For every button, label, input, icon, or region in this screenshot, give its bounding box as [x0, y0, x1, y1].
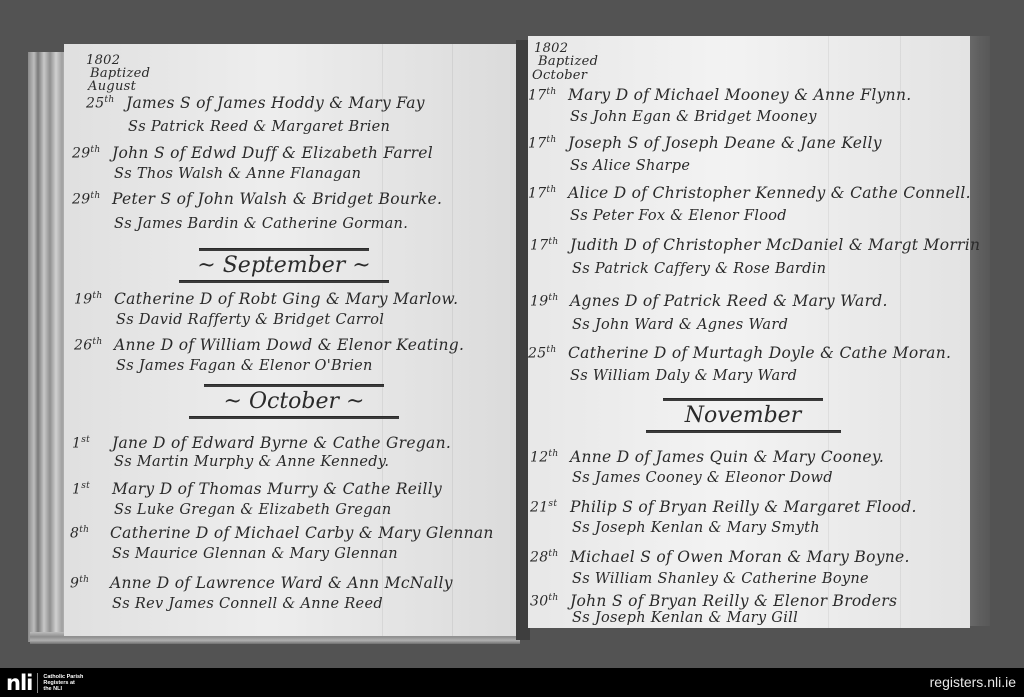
entry-sponsors: Ss Luke Gregan & Elizabeth Gregan — [72, 502, 391, 518]
nli-logo-mark: nli — [6, 672, 32, 694]
book-page-edges-right — [968, 36, 990, 626]
entry-child: 21stPhilip S of Bryan Reilly & Margaret … — [530, 498, 917, 516]
nli-logo[interactable]: nli Catholic Parish Registers at the NLI — [6, 672, 83, 694]
registers-site-link[interactable]: registers.nli.ie — [930, 674, 1016, 690]
entry-sponsors: Ss James Fagan & Elenor O'Brien — [74, 358, 373, 374]
entry-child: 29thPeter S of John Walsh & Bridget Bour… — [72, 190, 442, 208]
entry-sponsors: Ss John Egan & Bridget Mooney — [528, 109, 817, 125]
entry-sponsors: Ss William Shanley & Catherine Boyne — [530, 571, 869, 587]
page-month: August — [88, 80, 136, 93]
entry-child: 26thAnne D of William Dowd & Elenor Keat… — [74, 336, 464, 354]
entry-sponsors: Ss Patrick Caffery & Rose Bardin — [530, 261, 826, 277]
entry-sponsors: Ss Rev James Connell & Anne Reed — [70, 596, 383, 612]
entry-child: 12thAnne D of James Quin & Mary Cooney. — [530, 448, 884, 466]
logo-divider — [37, 673, 38, 693]
month-heading-september: ~ September ~ — [174, 248, 394, 283]
entry-child: 19thAgnes D of Patrick Reed & Mary Ward. — [530, 292, 888, 310]
entry-child: 30thJohn S of Bryan Reilly & Elenor Brod… — [530, 592, 897, 610]
entry-child: 17thAlice D of Christopher Kennedy & Cat… — [528, 184, 971, 202]
register-image-viewer[interactable]: 1802 Baptized August 25thJames S of Jame… — [0, 0, 1024, 668]
page-label: Baptized — [538, 55, 598, 68]
entry-sponsors: Ss Alice Sharpe — [528, 158, 690, 174]
entry-sponsors: Ss Joseph Kenlan & Mary Smyth — [530, 520, 820, 536]
entry-sponsors: Ss James Cooney & Eleonor Dowd — [530, 470, 833, 486]
entry-child: 29thJohn S of Edwd Duff & Elizabeth Farr… — [72, 144, 433, 162]
book-page-edges-left — [28, 52, 68, 642]
entry-child: 28thMichael S of Owen Moran & Mary Boyne… — [530, 548, 910, 566]
left-page: 1802 Baptized August 25thJames S of Jame… — [64, 44, 518, 636]
entry-sponsors: Ss Thos Walsh & Anne Flanagan — [72, 166, 361, 182]
entry-sponsors: Ss Patrick Reed & Margaret Brien — [86, 119, 390, 135]
entry-sponsors: Ss Martin Murphy & Anne Kennedy. — [72, 454, 389, 470]
entry-child: 1stJane D of Edward Byrne & Cathe Gregan… — [72, 434, 451, 452]
entry-sponsors: Ss James Bardin & Catherine Gorman. — [72, 216, 408, 232]
entry-sponsors: Ss David Rafferty & Bridget Carrol — [74, 312, 384, 328]
page-month: October — [532, 69, 587, 82]
entry-sponsors: Ss Maurice Glennan & Mary Glennan — [70, 546, 398, 562]
entry-sponsors: Ss John Ward & Agnes Ward — [530, 317, 788, 333]
entry-child: 19thCatherine D of Robt Ging & Mary Marl… — [74, 290, 458, 308]
entry-sponsors: Ss William Daly & Mary Ward — [528, 368, 797, 384]
entry-child: 25thJames S of James Hoddy & Mary Fay — [86, 94, 425, 112]
nli-logo-text: Catholic Parish Registers at the NLI — [43, 674, 83, 692]
footer-bar: nli Catholic Parish Registers at the NLI… — [0, 668, 1024, 697]
entry-child: 25thCatherine D of Murtagh Doyle & Cathe… — [528, 344, 951, 362]
entry-child: 17thJoseph S of Joseph Deane & Jane Kell… — [528, 134, 882, 152]
month-heading-november: November — [643, 398, 843, 433]
right-page: 1802 Baptized October 17thMary D of Mich… — [528, 36, 970, 628]
entry-child: 1stMary D of Thomas Murry & Cathe Reilly — [72, 480, 442, 498]
entry-child: 8thCatherine D of Michael Carby & Mary G… — [70, 524, 494, 542]
entry-child: 9thAnne D of Lawrence Ward & Ann McNally — [70, 574, 453, 592]
month-heading-october: ~ October ~ — [184, 384, 404, 419]
entry-sponsors: Ss Peter Fox & Elenor Flood — [528, 208, 787, 224]
entry-sponsors: Ss Joseph Kenlan & Mary Gill — [530, 610, 798, 626]
entry-child: 17thMary D of Michael Mooney & Anne Flyn… — [528, 86, 911, 104]
entry-child: 17thJudith D of Christopher McDaniel & M… — [530, 236, 980, 254]
